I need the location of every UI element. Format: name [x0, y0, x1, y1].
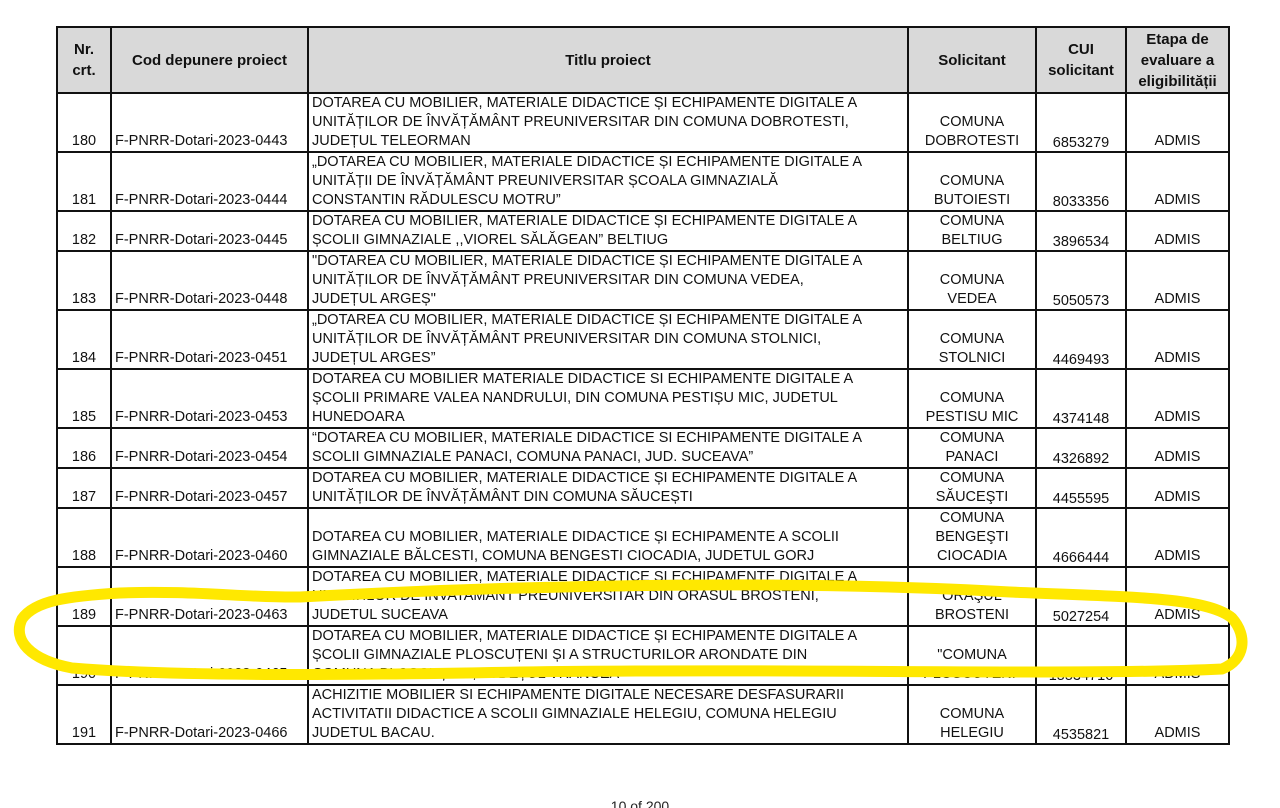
- eligibility-status: ADMIS: [1126, 93, 1229, 152]
- applicant: "COMUNAPLOSCUTENI": [908, 626, 1036, 685]
- applicant-cui: 5050573: [1036, 251, 1126, 310]
- project-code: F-PNRR-Dotari-2023-0443: [111, 93, 308, 152]
- header-titlu: Titlu proiect: [308, 27, 908, 93]
- row-number: 185: [57, 369, 111, 428]
- applicant-cui: 6853279: [1036, 93, 1126, 152]
- row-number: 184: [57, 310, 111, 369]
- row-number: 182: [57, 211, 111, 251]
- applicant-cui: 4455595: [1036, 468, 1126, 508]
- applicant: COMUNADOBROTESTI: [908, 93, 1036, 152]
- project-title: DOTAREA CU MOBILIER, MATERIALE DIDACTICE…: [308, 567, 908, 626]
- header-nr: Nr.crt.: [57, 27, 111, 93]
- row-number: 190: [57, 626, 111, 685]
- applicant-cui: 4374148: [1036, 369, 1126, 428]
- applicant-cui: 15534716: [1036, 626, 1126, 685]
- applicant: COMUNASTOLNICI: [908, 310, 1036, 369]
- table-body: 180F-PNRR-Dotari-2023-0443DOTAREA CU MOB…: [57, 93, 1229, 744]
- applicant-cui: 3896534: [1036, 211, 1126, 251]
- project-title: DOTAREA CU MOBILIER, MATERIALE DIDACTICE…: [308, 626, 908, 685]
- eligibility-status: ADMIS: [1126, 508, 1229, 567]
- eligibility-status: ADMIS: [1126, 369, 1229, 428]
- row-number: 188: [57, 508, 111, 567]
- project-title: DOTAREA CU MOBILIER MATERIALE DIDACTICE …: [308, 369, 908, 428]
- header-etapa: Etapa deevaluare aeligibilității: [1126, 27, 1229, 93]
- eligibility-status: ADMIS: [1126, 428, 1229, 468]
- eligibility-status: ADMIS: [1126, 685, 1229, 744]
- applicant: COMUNABELTIUG: [908, 211, 1036, 251]
- project-title: „DOTAREA CU MOBILIER, MATERIALE DIDACTIC…: [308, 310, 908, 369]
- table-row: 182F-PNRR-Dotari-2023-0445DOTAREA CU MOB…: [57, 211, 1229, 251]
- row-number: 191: [57, 685, 111, 744]
- header-solicitant: Solicitant: [908, 27, 1036, 93]
- table-row: 183F-PNRR-Dotari-2023-0448"DOTAREA CU MO…: [57, 251, 1229, 310]
- page-number: 10 of 200: [0, 798, 1280, 808]
- applicant: COMUNAHELEGIU: [908, 685, 1036, 744]
- table-row: 188F-PNRR-Dotari-2023-0460DOTAREA CU MOB…: [57, 508, 1229, 567]
- eligibility-status: ADMIS: [1126, 310, 1229, 369]
- applicant: COMUNABUTOIESTI: [908, 152, 1036, 211]
- table-row: 180F-PNRR-Dotari-2023-0443DOTAREA CU MOB…: [57, 93, 1229, 152]
- table-row: 186F-PNRR-Dotari-2023-0454“DOTAREA CU MO…: [57, 428, 1229, 468]
- applicant: COMUNAPANACI: [908, 428, 1036, 468]
- row-number: 181: [57, 152, 111, 211]
- row-number: 180: [57, 93, 111, 152]
- project-title: „DOTAREA CU MOBILIER, MATERIALE DIDACTIC…: [308, 152, 908, 211]
- project-title: DOTAREA CU MOBILIER, MATERIALE DIDACTICE…: [308, 211, 908, 251]
- project-code: F-PNRR-Dotari-2023-0444: [111, 152, 308, 211]
- table-row-highlighted: 190F-PNRR-Dotari-2023-0465DOTAREA CU MOB…: [57, 626, 1229, 685]
- eligibility-status: ADMIS: [1126, 211, 1229, 251]
- eligibility-status: ADMIS: [1126, 468, 1229, 508]
- applicant-cui: 5027254: [1036, 567, 1126, 626]
- applicant-cui: 4666444: [1036, 508, 1126, 567]
- project-title: ACHIZITIE MOBILIER SI ECHIPAMENTE DIGITA…: [308, 685, 908, 744]
- project-code: F-PNRR-Dotari-2023-0453: [111, 369, 308, 428]
- project-code: F-PNRR-Dotari-2023-0445: [111, 211, 308, 251]
- project-code: F-PNRR-Dotari-2023-0454: [111, 428, 308, 468]
- applicant: COMUNASĂUCEŞTI: [908, 468, 1036, 508]
- table-row: 191F-PNRR-Dotari-2023-0466ACHIZITIE MOBI…: [57, 685, 1229, 744]
- header-cui: CUIsolicitant: [1036, 27, 1126, 93]
- project-code: F-PNRR-Dotari-2023-0457: [111, 468, 308, 508]
- applicant: ORAŞULBROSTENI: [908, 567, 1036, 626]
- project-title: DOTAREA CU MOBILIER, MATERIALE DIDACTICE…: [308, 93, 908, 152]
- project-title: DOTAREA CU MOBILIER, MATERIALE DIDACTICE…: [308, 468, 908, 508]
- table-header-row: Nr.crt. Cod depunere proiect Titlu proie…: [57, 27, 1229, 93]
- table-row: 185F-PNRR-Dotari-2023-0453DOTAREA CU MOB…: [57, 369, 1229, 428]
- pdf-page: Nr.crt. Cod depunere proiect Titlu proie…: [0, 0, 1280, 808]
- row-number: 189: [57, 567, 111, 626]
- row-number: 186: [57, 428, 111, 468]
- table-row: 187F-PNRR-Dotari-2023-0457DOTAREA CU MOB…: [57, 468, 1229, 508]
- applicant-cui: 4469493: [1036, 310, 1126, 369]
- eligibility-status: ADMIS: [1126, 567, 1229, 626]
- project-code: F-PNRR-Dotari-2023-0448: [111, 251, 308, 310]
- table-row: 181F-PNRR-Dotari-2023-0444„DOTAREA CU MO…: [57, 152, 1229, 211]
- applicant-cui: 8033356: [1036, 152, 1126, 211]
- eligibility-status: ADMIS: [1126, 152, 1229, 211]
- project-code: F-PNRR-Dotari-2023-0460: [111, 508, 308, 567]
- applicant: COMUNABENGEŞTICIOCADIA: [908, 508, 1036, 567]
- project-title: DOTAREA CU MOBILIER, MATERIALE DIDACTICE…: [308, 508, 908, 567]
- applicant: COMUNAVEDEA: [908, 251, 1036, 310]
- row-number: 187: [57, 468, 111, 508]
- project-code: F-PNRR-Dotari-2023-0466: [111, 685, 308, 744]
- eligibility-status: ADMIS: [1126, 626, 1229, 685]
- header-cod: Cod depunere proiect: [111, 27, 308, 93]
- project-code: F-PNRR-Dotari-2023-0463: [111, 567, 308, 626]
- project-title: "DOTAREA CU MOBILIER, MATERIALE DIDACTIC…: [308, 251, 908, 310]
- applicant: COMUNAPESTISU MIC: [908, 369, 1036, 428]
- table-row: 189F-PNRR-Dotari-2023-0463DOTAREA CU MOB…: [57, 567, 1229, 626]
- projects-table: Nr.crt. Cod depunere proiect Titlu proie…: [56, 26, 1230, 745]
- project-code: F-PNRR-Dotari-2023-0465: [111, 626, 308, 685]
- table-row: 184F-PNRR-Dotari-2023-0451„DOTAREA CU MO…: [57, 310, 1229, 369]
- project-code: F-PNRR-Dotari-2023-0451: [111, 310, 308, 369]
- applicant-cui: 4535821: [1036, 685, 1126, 744]
- applicant-cui: 4326892: [1036, 428, 1126, 468]
- row-number: 183: [57, 251, 111, 310]
- project-title: “DOTAREA CU MOBILIER, MATERIALE DIDACTIC…: [308, 428, 908, 468]
- eligibility-status: ADMIS: [1126, 251, 1229, 310]
